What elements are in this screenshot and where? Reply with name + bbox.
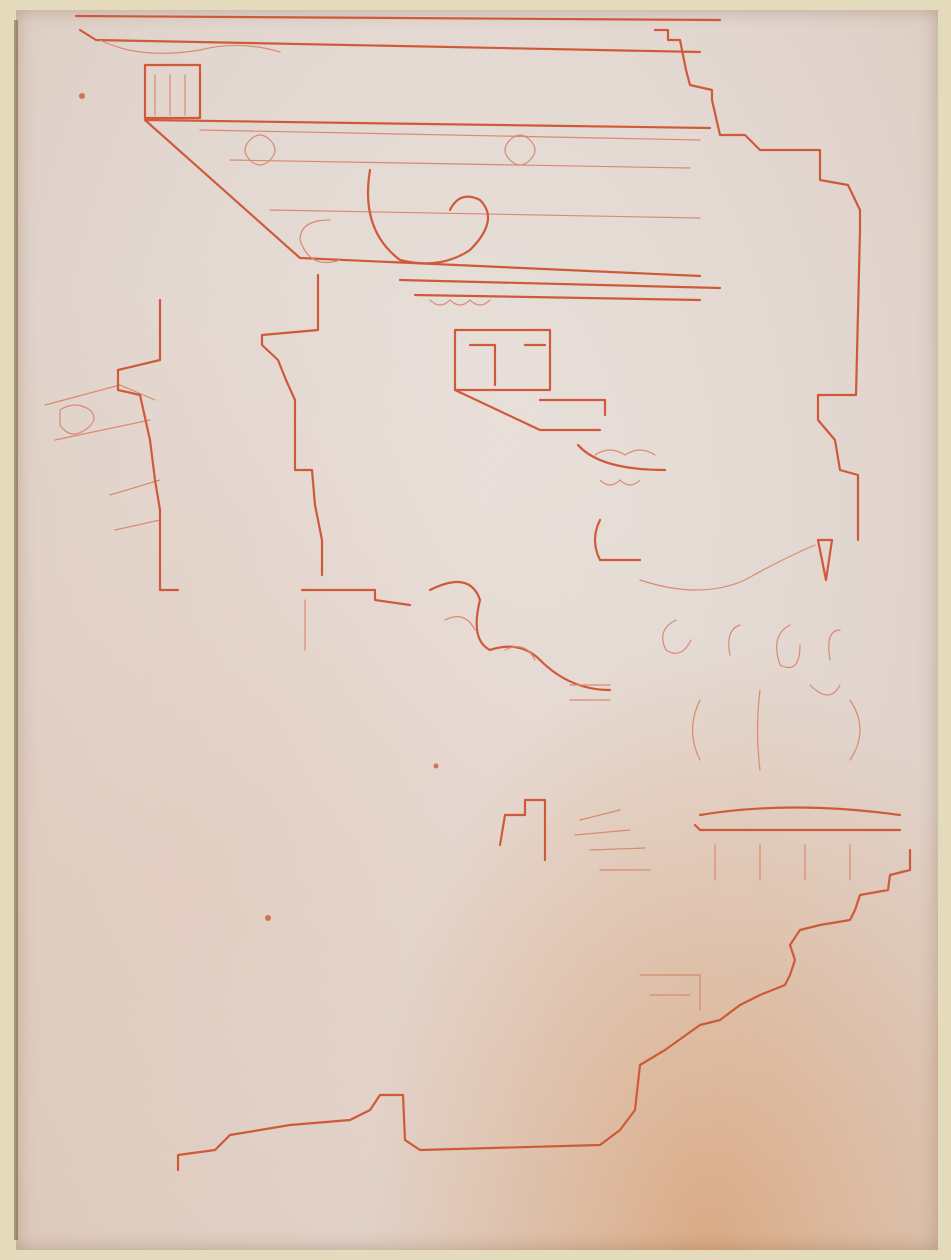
- foxing-stain: [434, 764, 439, 769]
- right-stepped-profile: [595, 30, 860, 560]
- foxing-stain: [79, 93, 85, 99]
- corinthian-capital: [640, 540, 900, 880]
- bottom-stepped-profile: [178, 850, 910, 1170]
- leaf-moulding: [430, 582, 610, 700]
- red-chalk-drawing: [0, 0, 951, 1260]
- center-stepped-profile: [262, 275, 410, 650]
- left-stepped-profile: [118, 300, 178, 590]
- cornice-entablature: [76, 16, 720, 485]
- small-profile-sketches: [500, 800, 650, 870]
- foxing-stain: [265, 915, 271, 921]
